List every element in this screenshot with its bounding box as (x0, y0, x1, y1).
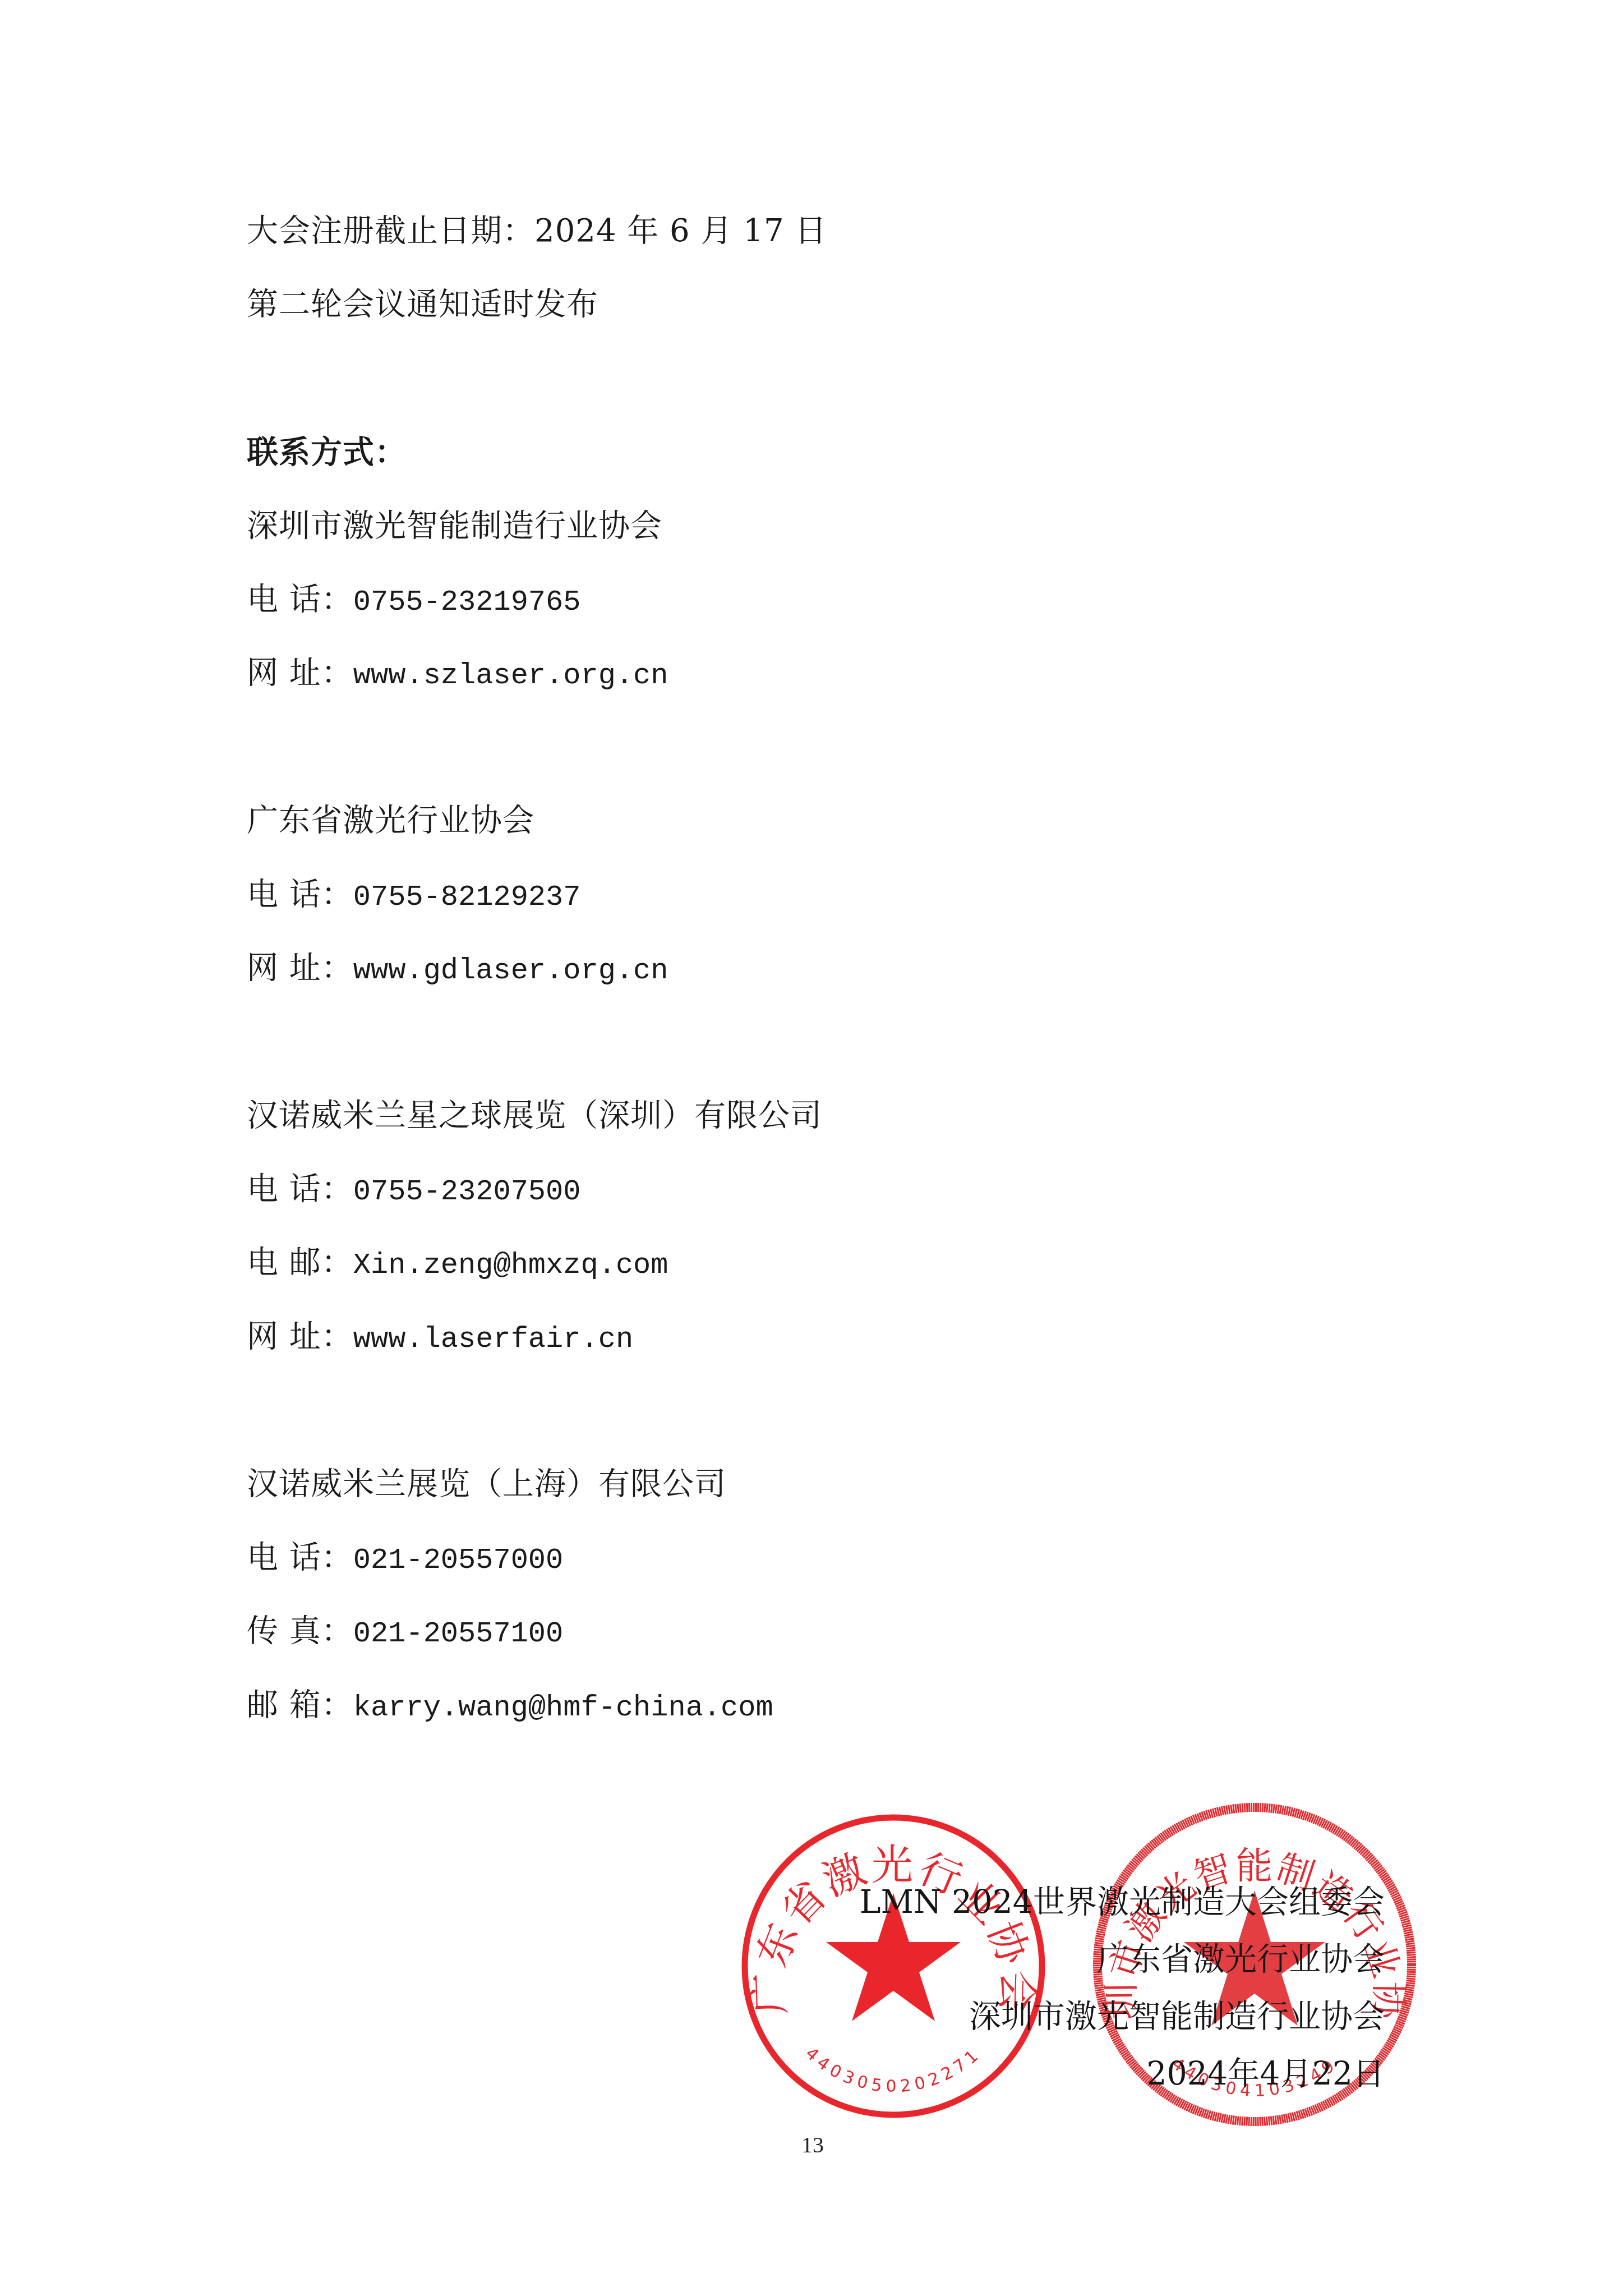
field-label: 网 址： (247, 946, 353, 991)
signature-gdlaser: 广东省激光行业协会 (860, 1931, 1385, 1988)
org-name-szlaser: 深圳市激光智能制造行业协会 (247, 504, 827, 577)
signature-date: 2024年4月22日 (860, 2045, 1385, 2102)
website-link[interactable]: www.gdlaser.org.cn (353, 954, 668, 987)
email-link[interactable]: karry.wang@hmf-china.com (353, 1691, 773, 1724)
registration-deadline: 大会注册截止日期：2024 年 6 月 17 日 (247, 209, 827, 282)
phone-value: 0755-82129237 (353, 881, 581, 914)
signature-block: LMN 2024世界激光制造大会组委会 广东省激光行业协会 深圳市激光智能制造行… (860, 1874, 1385, 2102)
org-name-hmxzq: 汉诺威米兰星之球展览（深圳）有限公司 (247, 1093, 827, 1167)
contact-field: 电 话：021-20557000 (247, 1535, 827, 1609)
field-label: 电 话： (247, 577, 353, 622)
body-text: 大会注册截止日期：2024 年 6 月 17 日 第二轮会议通知适时发布 联系方… (247, 209, 827, 1756)
signature-szlaser: 深圳市激光智能制造行业协会 (860, 1988, 1385, 2045)
website-link[interactable]: www.laserfair.cn (353, 1323, 633, 1356)
phone-value: 0755-23207500 (353, 1175, 581, 1208)
phone-value: 0755-23219765 (353, 586, 581, 619)
contact-field: 电 话：0755-82129237 (247, 872, 827, 946)
contact-field: 电 话：0755-23207500 (247, 1167, 827, 1240)
spacer (247, 356, 827, 430)
contact-field: 电 邮：Xin.zeng@hmxzq.com (247, 1240, 827, 1314)
field-label: 电 邮： (247, 1240, 353, 1285)
org-name-hmf-shanghai: 汉诺威米兰展览（上海）有限公司 (247, 1462, 827, 1535)
field-label: 传 真： (247, 1609, 353, 1654)
contact-field: 网 址：www.laserfair.cn (247, 1314, 827, 1388)
contact-field: 邮 箱：karry.wang@hmf-china.com (247, 1683, 827, 1756)
email-link[interactable]: Xin.zeng@hmxzq.com (353, 1249, 668, 1282)
org-name-gdlaser: 广东省激光行业协会 (247, 798, 827, 872)
fax-value: 021-20557100 (353, 1617, 563, 1650)
contact-field: 电 话：0755-23219765 (247, 577, 827, 651)
field-label: 网 址： (247, 1314, 353, 1359)
spacer (247, 1388, 827, 1461)
field-label: 网 址： (247, 651, 353, 696)
document-page: 大会注册截止日期：2024 年 6 月 17 日 第二轮会议通知适时发布 联系方… (0, 0, 1623, 2296)
page-number: 13 (801, 2132, 824, 2158)
spacer (247, 725, 827, 798)
second-notice: 第二轮会议通知适时发布 (247, 282, 827, 356)
field-label: 电 话： (247, 1167, 353, 1212)
contact-field: 网 址：www.szlaser.org.cn (247, 651, 827, 724)
spacer (247, 1019, 827, 1093)
contact-field: 传 真：021-20557100 (247, 1609, 827, 1682)
field-label: 电 话： (247, 872, 353, 917)
field-label: 邮 箱： (247, 1683, 353, 1728)
contact-heading: 联系方式： (247, 430, 827, 503)
field-label: 电 话： (247, 1535, 353, 1580)
website-link[interactable]: www.szlaser.org.cn (353, 659, 668, 692)
phone-value: 021-20557000 (353, 1544, 563, 1577)
contact-field: 网 址：www.gdlaser.org.cn (247, 946, 827, 1019)
signature-organizer: LMN 2024世界激光制造大会组委会 (860, 1874, 1385, 1931)
